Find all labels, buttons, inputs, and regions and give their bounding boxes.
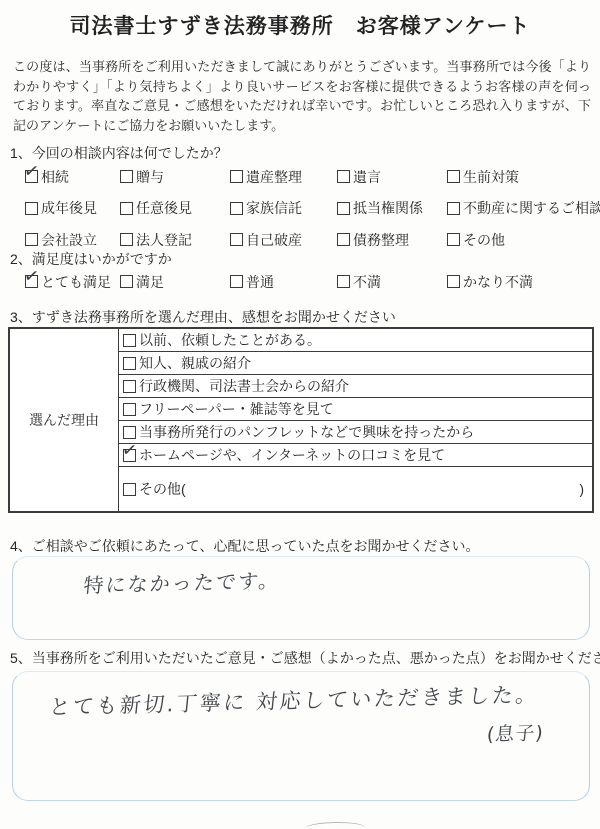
question-4-label: 4、ご相談やご依頼にあたって、心配に思っていた点をお聞かせください。	[10, 536, 480, 556]
q5-handwritten-note: (息子)	[486, 718, 546, 746]
q2-option: とても満足	[25, 272, 120, 292]
question-2-options: とても満足 満足 普通 不満 かなり不満	[25, 266, 591, 298]
checkbox-icon	[337, 202, 350, 215]
checkbox-icon	[123, 334, 136, 347]
checkbox-icon	[120, 233, 133, 246]
checkbox-icon	[337, 233, 350, 246]
q1-option: 成年後見	[25, 198, 120, 218]
q4-handwritten-answer: 特になかったです。	[82, 564, 282, 598]
checkbox-icon	[230, 202, 243, 215]
checkbox-icon	[120, 202, 133, 215]
checkbox-icon	[123, 403, 136, 416]
checkbox-icon	[447, 275, 460, 288]
checkbox-icon	[25, 202, 38, 215]
checkbox-icon	[447, 202, 460, 215]
checkbox-icon	[123, 449, 136, 462]
q1-option: 会社設立	[25, 230, 120, 250]
reasons-row-header: 選んだ理由	[10, 329, 119, 511]
checkbox-icon	[25, 275, 38, 288]
q1-option: 抵当権関係	[337, 198, 447, 218]
reasons-rows: 以前、依頼したことがある。 知人、親戚の紹介 行政機関、司法書士会からの紹介 フ…	[119, 329, 592, 511]
checkbox-icon	[230, 170, 243, 183]
question-1-options: 相続 贈与 遺産整理 遺言 生前対策 成年後見 任意後見 家族信託 抵当権関係 …	[25, 161, 591, 256]
checkbox-icon	[123, 357, 136, 370]
q3-option-row: 行政機関、司法書士会からの紹介	[119, 375, 592, 398]
form-title: 司法書士すずき法務事務所 お客様アンケート	[0, 10, 600, 40]
checkbox-icon	[337, 170, 350, 183]
question-1-label: 1、今回の相談内容は何でしたか？	[10, 143, 228, 163]
q1-option: 不動産に関するご相談	[447, 198, 600, 218]
checkbox-icon	[120, 170, 133, 183]
scan-artifact-line	[305, 821, 365, 828]
q3-option-row: ホームページや、インターネットの口コミを見て	[119, 444, 592, 467]
checkbox-icon	[447, 233, 460, 246]
q1-option: 任意後見	[120, 198, 230, 218]
q1-option: その他	[447, 230, 600, 250]
q2-option: 満足	[120, 272, 230, 292]
q1-option: 贈与	[120, 167, 230, 187]
checkbox-icon	[230, 233, 243, 246]
q1-option: 家族信託	[230, 198, 337, 218]
q3-option-row-other: その他()	[119, 467, 592, 511]
question-3-label: 3、すずき法務事務所を選んだ理由、感想をお聞かせください	[10, 307, 396, 327]
checkbox-icon	[123, 426, 136, 439]
q1-option: 債務整理	[337, 230, 447, 250]
checkbox-icon	[25, 170, 38, 183]
q3-option-row: フリーペーパー・雑誌等を見て	[119, 398, 592, 421]
q2-option: 普通	[230, 272, 337, 292]
q3-option-row: 以前、依頼したことがある。	[119, 329, 592, 352]
checkbox-icon	[120, 275, 133, 288]
checkbox-icon	[123, 483, 136, 496]
q1-option: 生前対策	[447, 167, 600, 187]
q2-option: 不満	[337, 272, 447, 292]
other-close-paren: )	[580, 482, 585, 497]
q2-option: かなり不満	[447, 272, 591, 292]
reasons-table: 選んだ理由 以前、依頼したことがある。 知人、親戚の紹介 行政機関、司法書士会か…	[8, 327, 594, 513]
q1-option: 遺言	[337, 167, 447, 187]
survey-form-scan: 司法書士すずき法務事務所 お客様アンケート この度は、当事務所をご利用いただきま…	[0, 0, 600, 829]
q1-option: 相続	[25, 167, 120, 187]
checkbox-icon	[447, 170, 460, 183]
question-5-label: 5、当事務所をご利用いただいたご意見・ご感想（よかった点、悪かった点）をお聞かせ…	[10, 648, 600, 668]
checkbox-icon	[230, 275, 243, 288]
checkbox-icon	[337, 275, 350, 288]
q1-option: 遺産整理	[230, 167, 337, 187]
q3-option-row: 知人、親戚の紹介	[119, 352, 592, 375]
q1-option: 自己破産	[230, 230, 337, 250]
intro-paragraph: この度は、当事務所をご利用いただきまして誠にありがとうございます。当事務所では今…	[13, 57, 591, 135]
q1-option: 法人登記	[120, 230, 230, 250]
checkbox-icon	[123, 380, 136, 393]
q3-option-row: 当事務所発行のパンフレットなどで興味を持ったから	[119, 421, 592, 444]
checkbox-icon	[25, 233, 38, 246]
